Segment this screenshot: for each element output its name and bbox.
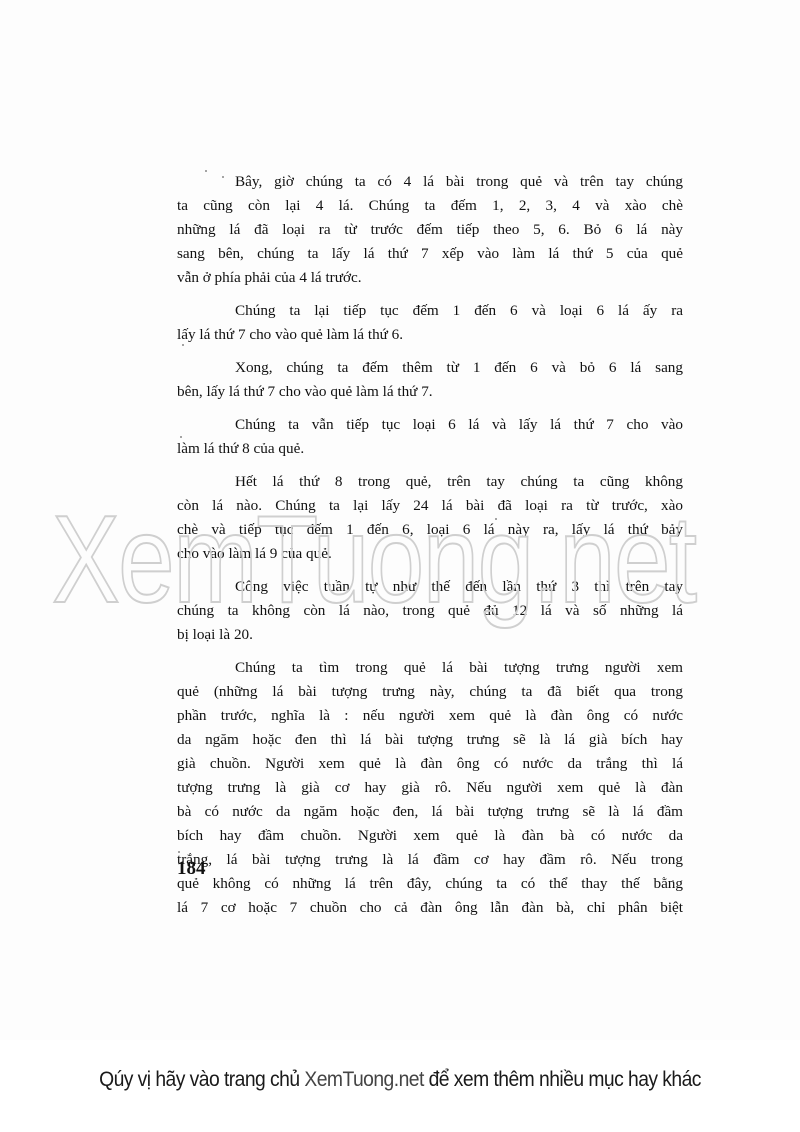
paragraph: Chúng ta vẫn tiếp tục loại 6 lá và lấy l… bbox=[177, 413, 683, 461]
text-line: chè và tiếp tục đếm 1 đến 6, loại 6 lá n… bbox=[177, 518, 683, 542]
book-body-text: Bây, giờ chúng ta có 4 lá bài trong quẻ … bbox=[177, 170, 683, 929]
page-number: 184 bbox=[177, 858, 206, 880]
text-line: già chuồn. Người xem quẻ là đàn ông có n… bbox=[177, 752, 683, 776]
paragraph: Chúng ta lại tiếp tục đếm 1 đến 6 và loạ… bbox=[177, 299, 683, 347]
text-line: lá 7 cơ hoặc 7 chuồn cho cả đàn ông lẫn … bbox=[177, 896, 683, 920]
paragraph: Công việc tuần tự như thế đến lần thứ 3 … bbox=[177, 575, 683, 647]
footer-banner: Qúy vị hãy vào trang chủ XemTuong.net để… bbox=[32, 1068, 768, 1092]
text-line: Xong, chúng ta đếm thêm từ 1 đến 6 và bỏ… bbox=[177, 356, 683, 380]
scan-speck bbox=[182, 344, 184, 346]
text-line: bích hay đầm chuồn. Người xem quẻ là đàn… bbox=[177, 824, 683, 848]
text-line: Công việc tuần tự như thế đến lần thứ 3 … bbox=[177, 575, 683, 599]
text-line: làm lá thứ 8 của quẻ. bbox=[177, 437, 683, 461]
text-line: lấy lá thứ 7 cho vào quẻ làm lá thứ 6. bbox=[177, 323, 683, 347]
paragraph: Chúng ta tìm trong quẻ lá bài tượng trưn… bbox=[177, 656, 683, 920]
paragraph: Hết lá thứ 8 trong quẻ, trên tay chúng t… bbox=[177, 470, 683, 566]
scan-speck bbox=[222, 176, 224, 178]
text-line: những lá đã loại ra từ trước đếm tiếp th… bbox=[177, 218, 683, 242]
footer-suffix: để xem thêm nhiều mục hay khác bbox=[424, 1068, 701, 1091]
text-line: quẻ (những lá bài tượng trưng này, chúng… bbox=[177, 680, 683, 704]
text-line: sang bên, chúng ta lấy lá thứ 7 xếp vào … bbox=[177, 242, 683, 266]
scan-speck bbox=[178, 851, 180, 853]
text-line: cho vào làm lá 9 của quẻ. bbox=[177, 542, 683, 566]
paragraph: Xong, chúng ta đếm thêm từ 1 đến 6 và bỏ… bbox=[177, 356, 683, 404]
paragraph: Bây, giờ chúng ta có 4 lá bài trong quẻ … bbox=[177, 170, 683, 290]
text-line: Bây, giờ chúng ta có 4 lá bài trong quẻ … bbox=[177, 170, 683, 194]
scan-speck bbox=[205, 170, 207, 172]
text-line: Chúng ta tìm trong quẻ lá bài tượng trưn… bbox=[177, 656, 683, 680]
text-line: tượng trưng là già cơ hay già rô. Nếu ng… bbox=[177, 776, 683, 800]
text-line: Chúng ta lại tiếp tục đếm 1 đến 6 và loạ… bbox=[177, 299, 683, 323]
text-line: quẻ không có những lá trên đây, chúng ta… bbox=[177, 872, 683, 896]
text-line: da ngăm hoặc đen thì lá bài tượng trưng … bbox=[177, 728, 683, 752]
scanned-book-page: Bây, giờ chúng ta có 4 lá bài trong quẻ … bbox=[0, 0, 800, 1040]
text-line: bị loại là 20. bbox=[177, 623, 683, 647]
text-line: phần trước, nghĩa là : nếu người xem quẻ… bbox=[177, 704, 683, 728]
text-line: ta cũng còn lại 4 lá. Chúng ta đếm 1, 2,… bbox=[177, 194, 683, 218]
footer-site-link[interactable]: XemTuong.net bbox=[304, 1068, 423, 1091]
scan-speck bbox=[672, 880, 674, 882]
text-line: chúng ta không còn lá nào, trong quẻ đủ … bbox=[177, 599, 683, 623]
text-line: bên, lấy lá thứ 7 cho vào quẻ làm lá thứ… bbox=[177, 380, 683, 404]
text-line: bà có nước da ngăm hoặc đen, lá bài tượn… bbox=[177, 800, 683, 824]
text-line: Chúng ta vẫn tiếp tục loại 6 lá và lấy l… bbox=[177, 413, 683, 437]
text-line: còn lá nào. Chúng ta lại lấy 24 lá bài đ… bbox=[177, 494, 683, 518]
scan-speck bbox=[180, 436, 182, 438]
text-line: trắng, lá bài tượng trưng là lá đầm cơ h… bbox=[177, 848, 683, 872]
scan-speck bbox=[495, 518, 497, 520]
footer-prefix: Qúy vị hãy vào trang chủ bbox=[99, 1068, 304, 1091]
text-line: vẫn ở phía phải của 4 lá trước. bbox=[177, 266, 683, 290]
text-line: Hết lá thứ 8 trong quẻ, trên tay chúng t… bbox=[177, 470, 683, 494]
